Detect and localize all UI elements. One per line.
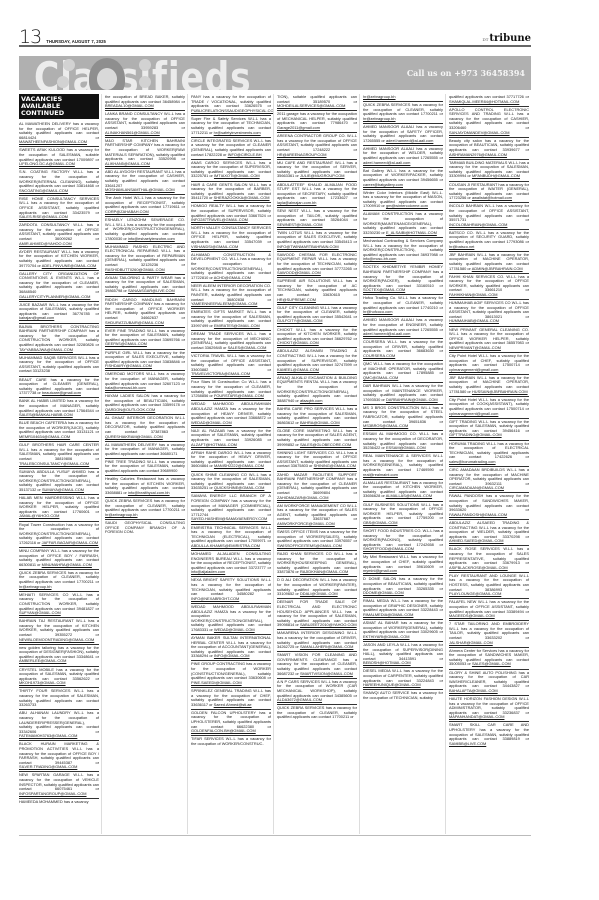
ad-contact-link[interactable]: MAWATHEENFASHION@GMAIL.COM	[19, 139, 87, 144]
ad-contact-link[interactable]: JAFFAR.BAGAIR@GMAIL.COM	[42, 540, 98, 545]
ad-contact-link[interactable]: DDALI@GMAIL.COM	[300, 591, 338, 596]
ad-text: AM WORKFORCE MANAGEMENT CO W.L.L has a v…	[277, 503, 357, 522]
ad-text: ABDULATTEEF KHALID ALMAJAN FOOD STUFF ES…	[277, 182, 357, 201]
ad-contact-link[interactable]: BEBOSH@HOTMAIL.COM	[363, 660, 411, 665]
ad-contact-link[interactable]: HUMMAIHAB@GMAIL.COM	[449, 318, 499, 323]
classified-ad: AFRAH RAHE DARGO W.L.L has a vacancy for…	[191, 450, 271, 472]
ad-text: RIDGH CARGO HANDLING BAHRAINI PARTNERSHI…	[105, 297, 185, 320]
ad-contact-link[interactable]: HR@SUPREME.COM	[277, 297, 316, 302]
ad-contact-link[interactable]: YAMEENNEERALEEM@GMAIL.COM	[191, 301, 257, 306]
ad-text: VICTORIA TRAVEL W.L.L has a vacancy for …	[191, 353, 271, 372]
classified-ad: SWISS OFFICE ITEMS has a vacancy for the…	[277, 529, 357, 551]
ad-contact-link[interactable]: ABDULLA.KHAMIS@EMIRISTRA.COM	[191, 543, 260, 548]
ad-contact-link[interactable]: gm@wintercolorme.com	[386, 203, 428, 208]
classified-ad: CHICKIT W.L.L has a vacancy for the occu…	[277, 327, 357, 349]
ad-contact-link[interactable]: cplmanagement@gmail.com	[449, 411, 498, 416]
ad-contact-link[interactable]: ACHD@GMAIL.COM	[214, 275, 251, 280]
classified-ad: MOHAMED ALJALADEN CONSULTING ENGINEERS B…	[191, 551, 271, 577]
operator-illustration	[89, 58, 125, 90]
ad-contact-link[interactable]: SALES@GLOBECORE.COM	[300, 442, 351, 447]
ad-contact-link[interactable]: INFO287TRAVEL@GMAIL.COM	[191, 217, 248, 222]
ad-text: ZAHID MAZAR FACILITIES SUPPORT BAHRAINI …	[277, 472, 357, 495]
classified-ad: HUMMAIHAB AGIF SERVICES CO W.L.L has a v…	[449, 300, 529, 326]
classified-ad: 2011 garage has a vacancy for the occupa…	[277, 111, 357, 133]
ad-contact-link[interactable]: MOHDEILALSERVICES@GMAIL.COM	[277, 103, 345, 108]
classified-ad: JASON AND LEYLA W.L.L has a vacancy for …	[363, 642, 443, 668]
classified-ad: EVER FINE TRADING W.L.L has a vacancy fo…	[105, 328, 185, 350]
ad-contact-link[interactable]: BREADAL10@GMAIL.COM	[105, 103, 154, 108]
globe-icon	[139, 76, 151, 88]
ad-text: ABD AL AYDOSH RESTAURANT W.L.L has a vac…	[105, 169, 185, 188]
ad-contact-link[interactable]: GIFTTRADING@GMAIL.COM	[449, 432, 502, 437]
ad-contact-link[interactable]: real@realmaint.com	[363, 472, 398, 477]
ad-text: HUMMAIHAB AGIF SERVICES CO W.L.L has a v…	[449, 300, 529, 319]
ad-text: JASON AND LEYLA W.L.L has a vacancy for …	[363, 642, 443, 661]
ad-contact-link[interactable]: MEMR104634@GMAIL.COM	[19, 434, 70, 439]
ad-text: MOHAMED ALJALADEN CONSULTING ENGINEERS B…	[191, 551, 271, 570]
classified-ad: OMEROAD MOTORS W.L.L has a vacancy for t…	[105, 371, 185, 393]
ad-text: PURPLE GIRL W.L.L has a vacancy for the …	[105, 350, 185, 364]
ad-contact-link[interactable]: FAWALPANDOSH@GMAIL.COM	[449, 512, 507, 517]
ad-contact-link[interactable]: SEWNEST@GMAIL.COM	[277, 222, 322, 227]
ad-contact-link[interactable]: SMARTVISION@GMAIL.COM	[300, 671, 353, 676]
classified-ad: S.N. COATING FACTORY W.L.L has a vacancy…	[19, 169, 99, 195]
ad-contact-link[interactable]: HAREEHUNIQUE@GMAIL.COM	[363, 682, 421, 687]
ad-text: Hofco Trading Co. W.L.L has a vacancy fo…	[363, 295, 443, 309]
classified-ad: AHMED MANSOOR ALAALI has a vacancy for t…	[363, 317, 443, 339]
ad-contact-link[interactable]: QARDON@OUTLOOK.COM	[105, 407, 155, 412]
ad-contact-link[interactable]: GALLERYCITYPLANNER@GMAIL.COM	[19, 294, 90, 299]
classified-ad: SPRINKLEZ GENERAL TRADING W.L.L has a va…	[191, 688, 271, 710]
ad-contact-link[interactable]: ALMALLAS@GMAIL.COM	[386, 493, 432, 498]
ad-contact-link[interactable]: hala@omeroad-bh.com	[105, 385, 146, 390]
classified-ad: HAMEEDA MOHAMMED has a vacancy	[19, 799, 99, 806]
ad-text: The Arch Hotel W.L.L has a vacancy for t…	[105, 195, 185, 209]
ad-contact-link[interactable]: Garage2011@gmail.com	[277, 125, 320, 130]
classified-ad: MINU COMPANY W.L.L has a vacancy for the…	[19, 548, 99, 570]
ad-text: My Mini Restaurant W.L.L has a vacancy f…	[363, 554, 443, 568]
ad-text: BANK AL HABIB LIMITED has a vacancy for …	[19, 398, 99, 412]
ad-contact-link[interactable]: SALES@BANKALHABIB.COM	[19, 412, 73, 417]
classified-ad: PINE GROUP CONTRACTING has a vacancy for…	[191, 661, 271, 687]
ad-text: the occupation of BREAD BAKER, suitably …	[105, 94, 185, 104]
ad-text: MS 3 BROS CONSTRUCTION W.L.L has a vacan…	[363, 405, 443, 424]
ad-contact-link[interactable]: INCOLOBAHRAIN@GMAIL.COM	[449, 222, 507, 227]
ad-contact-link[interactable]: SANAASGAR@LIVE.COM	[128, 288, 175, 293]
ad-contact-link[interactable]: ALDA3672@GMAIL.COM	[277, 697, 322, 702]
ad-contact-link[interactable]: QUICKSHINE@GMAIL.COM	[214, 485, 264, 490]
classified-ad: CIRC AMADAAN BRDIBUILDS W.L.L has a vaca…	[449, 467, 529, 493]
ad-text: EMIRISTRA TECHNICAL SERVICES W.L.L has a…	[191, 525, 271, 544]
ad-text: DIESEL MEDIA W.L.L has a vacancy for the…	[363, 668, 443, 682]
ad-text: SEW NEST W.L.L has a vacancy for the occ…	[277, 208, 357, 222]
ad-contact-link[interactable]: INFO@TWINMARTBAHRAIN.COM	[277, 244, 339, 249]
ad-text: HOMIGO REALTY W.L.L has a vacancy for th…	[191, 203, 271, 217]
ad-contact-link[interactable]: sales@horumatrading.com	[449, 459, 496, 464]
classified-ad: hr@zebragroup.bh	[363, 94, 443, 102]
classified-ad: ABD AL AYDOSH RESTAURANT W.L.L has a vac…	[105, 169, 185, 195]
ad-text: AL GHAAT INTERIOR DECORATION W.L.L has a…	[105, 415, 185, 434]
ad-contact-link[interactable]: AISHRAMAN2976@GMAIL.COM	[449, 152, 507, 157]
ad-text: City Point Hotel W.L.L has a vacancy for…	[449, 353, 529, 367]
column-4: TION), suitable qualified applicants can…	[277, 94, 360, 834]
classified-ad: AL GHAAT INTERIOR DECORATION W.L.L has a…	[105, 415, 185, 441]
ad-contact-link[interactable]: MFANBUDH@GMAIL.COM	[472, 173, 520, 178]
ad-text: SAMAYA ENERGY LLC BRANCH OF A FOREIGN CO…	[191, 493, 271, 516]
ad-contact-link[interactable]: FATEMAM0H3763@GMAIL.COM	[19, 733, 77, 738]
classified-ad: The Arch Hotel W.L.L has a vacancy for t…	[105, 195, 185, 217]
classified-ad: new golden tailoring has a vacancy for t…	[19, 645, 99, 667]
ad-contact-link[interactable]: WEDAD@GMAIL.COM	[214, 627, 255, 632]
ad-text: QMC W.L.L has a vacancy for the occupati…	[363, 361, 443, 375]
ad-contact-link[interactable]: GULFCITY@GMAIL.COM	[277, 318, 322, 323]
classified-ad: AL MAWATHEEN DELIVERY has a vacancy for …	[19, 121, 99, 147]
ad-contact-link[interactable]: ALIKHAN5@GMAIL.COM	[105, 161, 150, 166]
column-1: VACANCIES AVAILABLE CONTINUED AL MAWATHE…	[19, 94, 102, 834]
classified-ad: MS 3 BROS CONSTRUCTION W.L.L has a vacan…	[363, 405, 443, 431]
classified-ad: BEAUT CARE has a vacancy for the occupat…	[19, 377, 99, 399]
ad-contact-link[interactable]: hr@zebragroup.bh	[105, 512, 138, 517]
ad-contact-link[interactable]: LIFELONG.DC.A@GMAIL.COM	[19, 161, 75, 166]
ad-text: Bat Gallery W.L.L has a vacancy for the …	[363, 168, 443, 182]
ad-contact-link[interactable]: AMIR.AHMED@YAHOO.COM	[19, 241, 72, 246]
ad-contact-link[interactable]: AMBERLEE@GMAIL.COM	[19, 658, 66, 663]
ad-contact-link[interactable]: CHICKIT@GMAIL.COM	[277, 340, 319, 345]
ad-contact-link[interactable]: JAMAL@YAHOO.COM	[19, 513, 59, 518]
ad-contact-link[interactable]: SHINING@GMAIL.COM	[314, 463, 356, 468]
ad-contact-link[interactable]: mymini@gmail.com	[363, 568, 397, 573]
phone-icon	[57, 76, 69, 88]
ad-contact-link[interactable]: RIMALMEDIA@GMAIL.COM	[363, 612, 413, 617]
ad-contact-link[interactable]: WEDAD@GMAIL.COM	[191, 420, 232, 425]
ad-contact-link[interactable]: NEWPRIVANT@GMAIL.COM	[449, 345, 501, 350]
classified-ad: DAR BAHRAIN W.L.L has a vacancy for the …	[363, 383, 443, 405]
classified-ad: 7 STAR TAILORING AND EMBROIDERY W.L.L ha…	[449, 621, 529, 647]
classified-ad: D D ALI DECORATION W.L.L has a vacancy f…	[277, 577, 357, 599]
ad-contact-link[interactable]: SOCTEX@GMAIL.COM	[363, 287, 405, 292]
ad-text: ZARDOTA CONSULTANCY W.L.L has a vacancy …	[19, 222, 99, 241]
ad-text: FAWAL PANDOSH has a vacancy for the occu…	[449, 493, 529, 512]
ad-contact-link[interactable]: hr@zebragroup.bh	[363, 94, 396, 99]
ad-contact-link[interactable]: SILVER.TRADING@GMAIL.COM	[19, 764, 77, 769]
classified-ad: the occupation of BREAD BAKER, suitably …	[105, 94, 185, 111]
classified-ad: BATSCO CO. W.L.L has a vacancy for the o…	[449, 230, 529, 252]
ad-contact-link[interactable]: MOSHAMLANSAMTHAL@GMAIL.COM	[105, 187, 175, 192]
classified-ad: SUPREME AIR SOLUTIONS W.L.L has a vacanc…	[277, 278, 357, 304]
ad-contact-link[interactable]: BAHALAFTA@GMAIL.COM	[449, 688, 498, 693]
classified-ad: BLACK HURAIN MARKETING & PROMOTION ACTIV…	[19, 741, 99, 772]
ad-contact-link[interactable]: ADMIN@JBFBAHRAIN.COM	[472, 266, 523, 271]
ad-text: APOLLO CONTROL ELECTRONIC SERVICES AND T…	[449, 107, 529, 130]
classified-ad: Hofco Trading Co. W.L.L has a vacancy fo…	[363, 295, 443, 317]
ad-contact-link[interactable]: hr@zebragroup.bh	[19, 584, 52, 589]
classified-ad: City Point Hotel W.L.L has a vacancy for…	[449, 353, 529, 375]
ad-text: PANY has a vacancy for the occupation of…	[191, 94, 271, 108]
classified-ad: ZARDOTA CONSULTANCY W.L.L has a vacancy …	[19, 222, 99, 248]
ad-contact-link[interactable]: info@mcsc-bh.com	[363, 256, 396, 261]
ad-contact-link[interactable]: PUBLICRELATIONSSAUDIGEOPHYSICAL.COM	[191, 108, 274, 113]
ad-text: GULF BUSINESS SOLUTIONS W.L.L has a vaca…	[363, 502, 443, 521]
ad-contact-link[interactable]: DDOME@GMAIL.COM	[363, 590, 404, 595]
page-number: 13	[19, 28, 41, 46]
classified-ad: AYAAN TAILORING & PARTY WEAR has a vacan…	[105, 275, 185, 297]
ad-contact-link[interactable]: DARBAHRAIN@GMAIL.COM	[386, 397, 438, 402]
ad-text: HAMEEDA MOHAMMED has a vacancy	[19, 799, 89, 804]
ad-contact-link[interactable]: ALINAKHAN561@GMAIL.COM	[105, 130, 160, 135]
classified-ad: SOCTEX KHIDMETIYE YENIBIR HOMEY BAHRAINI…	[363, 264, 443, 295]
classified-ad: QUICK ZEBRA SERVICES has a vacancy for t…	[105, 498, 185, 520]
ad-contact-link[interactable]: GBS@GMAIL.COM	[363, 520, 397, 525]
ad-contact-link[interactable]: hr@batsco.net	[449, 244, 474, 249]
banner-phone: Call us on +973 36458394	[407, 68, 525, 78]
ad-contact-link[interactable]: SAMALLAHERI@GMAIL.COM	[300, 644, 353, 649]
ad-contact-link[interactable]: SALES@GMAIL.COM	[228, 345, 267, 350]
classified-ad: qualified applicants can contact 3771772…	[449, 94, 529, 107]
ad-text: REAL MAINTENANCE & SERVICES W.L.L has a …	[363, 453, 443, 472]
classified-ad: QMC W.L.L has a vacancy for the occupati…	[363, 361, 443, 383]
ad-contact-link[interactable]: VISHANDSI@GMAIL.COM	[191, 244, 238, 249]
ad-text: NEW SPARTAN GARAGE W.L.L has a vacancy f…	[19, 772, 99, 791]
ad-contact-link[interactable]: CIRCAMADAAN@GMAIL.COM	[449, 485, 504, 490]
ad-text: MUHAMMAD SAQIB SERVICES W.L.L has a vaca…	[19, 355, 99, 374]
ad-contact-link[interactable]: HUSSAIN@JBFBAHRAIN.COM	[472, 389, 528, 394]
ad-contact-link[interactable]: adeel.hameed@al-aali.com	[363, 160, 410, 165]
classified-ad: MEHAITI SERVICES CO W.L.L has a vacancy …	[19, 592, 99, 618]
ad-text: AL MAWATHEEN DELIVERY has a vacancy for …	[105, 442, 185, 456]
classified-ad: GALLERY CITY ORGANIZATION OF CONVENTIONS…	[19, 271, 99, 302]
ad-contact-link[interactable]: Saeed.Ahmed@sti.ae	[214, 702, 252, 707]
classified-ad: ALHAMAD CONSTRUCTION & DEVELOPMENT CO. W…	[191, 252, 271, 283]
ad-contact-link[interactable]: SHAMIQLAL.MEER84@HOTMAIL.COM	[449, 99, 519, 104]
ad-text: GLORY & SHINE AUTO POLISHING has a vacan…	[449, 670, 529, 689]
classified-ad: HALAB MEN HAIRDRESSING W.L.L has a vacan…	[19, 495, 99, 521]
ad-text: NEER ALEEM INTERIOR DECORATION CO. W.L.L…	[191, 283, 271, 302]
ad-text: AHMED MANSOOR ALAALI has a vacancy for t…	[363, 317, 443, 331]
ad-text: COURSERA W.L.L has a vacancy for the occ…	[363, 339, 443, 353]
ad-text: GIFT TRADING W.L.L has a vacancy for the…	[449, 419, 529, 433]
classified-ad: BANK AL HABIB LIMITED has a vacancy for …	[19, 398, 99, 420]
ad-text: CIRC AMADAAN BRDIBUILDS W.L.L has a vaca…	[449, 467, 529, 486]
ad-contact-link[interactable]: CORP@ZAHABAH.COM	[105, 209, 149, 214]
ad-contact-link[interactable]: info@aljaladen.com	[191, 569, 225, 574]
ad-contact-link[interactable]: INFO@GMAIL.COM	[214, 653, 250, 658]
ad-contact-link[interactable]: TRAVELVICTORIA@GMAIL.COM	[191, 371, 250, 376]
ad-contact-link[interactable]: TAYYABBAJWA@GMAIL.COM	[19, 347, 73, 352]
classified-ad: QUICK SHINE CLEANING CO W.L.L has a vaca…	[191, 472, 271, 494]
ad-contact-link[interactable]: FOURSTARS@GMAIL.COM	[214, 393, 264, 398]
classified-ad: Bat Gallery W.L.L has a vacancy for the …	[363, 168, 443, 190]
ad-contact-link[interactable]: E_ALSAIBI@HOTMAIL.COM	[386, 230, 437, 235]
ad-contact-link[interactable]: SWISSOFFICEITEMS@GMAIL.COM	[277, 543, 342, 548]
ad-text: HORUMA TRADING W.L.L has a vacancy for t…	[449, 441, 529, 460]
footer-divider	[19, 835, 531, 836]
ad-contact-link[interactable]: SUMAYA@GMAIL.COM	[42, 487, 84, 492]
ad-contact-link[interactable]: AHMED.SAEED@GMAIL.COM	[449, 538, 504, 543]
ad-contact-link[interactable]: cplmanagement@gmail.com	[449, 367, 498, 372]
publication-logo[interactable]: DT tribune	[483, 33, 531, 44]
ad-contact-link[interactable]: GOLDENFALCON.BH@GMAIL.COM	[191, 728, 256, 733]
ad-text: LANKA BRAND CONSULTANCY W.L.L has a vaca…	[105, 111, 185, 130]
ad-contact-link[interactable]: HR@AREENAGROUP.COM	[277, 152, 327, 157]
ad-contact-link[interactable]: ASIFBLACKROSE@GMAIL.COM	[449, 565, 508, 570]
ad-text: CRYSTEL MOBILE has a vacancy for the occ…	[19, 667, 99, 681]
ad-contact-link[interactable]: EKTHIYARI@GMAIL.COM	[363, 634, 409, 639]
ad-contact-link[interactable]: SAMIBB@LIVE.COM	[449, 741, 486, 746]
ad-contact-link[interactable]: SUFYAN@GMAIL.COM	[19, 610, 61, 615]
ad-contact-link[interactable]: ESSAM@GMAIL.COM	[386, 445, 426, 450]
classified-ad: HAUTE HORIZON FASHION DESIGN W.L.L has a…	[449, 696, 529, 722]
ad-contact-link[interactable]: SALES@GMAIL.COM	[472, 661, 511, 666]
classified-ad: INCOLO BAHRAIN W.L.L has a vacancy for t…	[449, 203, 529, 229]
ad-contact-link[interactable]: BAHRA@GMAIL.COM	[300, 420, 340, 425]
ad-contact-link[interactable]: NEWBLOEMOONTRADING@GMAIL.COM	[19, 637, 94, 642]
classified-ad: ALAMAM CONSTRUCTION has a vacancy for th…	[363, 211, 443, 237]
ad-contact-link[interactable]: KAMEEL@GMAIL.COM	[277, 367, 319, 372]
ad-contact-link[interactable]: FAHHIKHAN@GMAIL.COM	[449, 292, 497, 297]
classified-ad: SHORT FOOD INDUSTRIES CO. W.L.L has a va…	[363, 528, 443, 554]
logo-prefix: DT	[483, 37, 489, 42]
ad-contact-link[interactable]: hr@safetyinvestments.com	[214, 130, 261, 135]
ad-contact-link[interactable]: MKOH1973@GMAIL.COM	[19, 680, 66, 685]
ad-contact-link[interactable]: MAPANHANDAT@GMAIL.COM	[449, 714, 504, 719]
ad-text: 7 STAR TAILORING AND EMBROIDERY W.L.L ha…	[449, 621, 529, 640]
classified-ad: DEENAR FOR TRADE SALE OF ELECTRICAL AND …	[277, 599, 357, 630]
classified-ad: PURPLE GIRL W.L.L has a vacancy for the …	[105, 350, 185, 372]
ad-contact-link[interactable]: hr@hofcoco.com	[363, 309, 392, 314]
classified-ad: TIFAR SERVICES W.L.L has a vacancy for t…	[191, 736, 271, 748]
ad-contact-link[interactable]: MS3BROS@GMAIL.COM	[363, 423, 408, 428]
ad-contact-link[interactable]: SAWOOD@GMAIL.COM	[277, 270, 321, 275]
classified-ad: Four Stars M Construction Co W.L.L has a…	[191, 379, 271, 401]
classified-ad: ABU ALHANAN LAUNDRY W.L.L has a vacancy …	[19, 710, 99, 741]
classified-ad: BLACK ROSE SERVICES W.L.L has a vacancy …	[449, 546, 529, 572]
ad-contact-link[interactable]: ZAHIDMAZAR@GMAIL.COM	[277, 495, 329, 500]
classified-ad: SHINING LIGHT SERVICES CO. W.L.L has a v…	[277, 450, 357, 472]
ad-contact-link[interactable]: hr@zebragroup.bh	[363, 116, 396, 121]
ad-contact-link[interactable]: PINE.SAEEDI@GMAIL.COM	[191, 680, 242, 685]
ad-text: QUICK ZEBRA SERVICES has a vacancy for t…	[277, 705, 357, 719]
ad-text: QUICK ZEBRA SERVICES has a vacancy for t…	[363, 102, 443, 116]
ad-contact-link[interactable]: adeel.hameed@al-aali.com	[386, 138, 433, 143]
classified-ad: RIDGH CARGO HANDLING BAHRAINI PARTNERSHI…	[105, 297, 185, 328]
ad-contact-link[interactable]: JALSHAR@GMAIL.COM	[449, 640, 493, 645]
classified-ad: SAMAYA ENERGY LLC BRANCH OF A FOREIGN CO…	[191, 493, 271, 524]
ad-contact-link[interactable]: afaaqbh.com	[300, 398, 323, 403]
ad-contact-link[interactable]: layla@almajan.com.bh	[277, 200, 316, 205]
ad-contact-link[interactable]: MAGEEDS@GMAIL.COM	[449, 613, 495, 618]
classified-ad: ABDULAZIZ ALSHAIBI TRADING & CONTRACTING…	[277, 348, 357, 374]
ad-text: NORTH VALLEY CONSULTANCY SERVICES W.L.L …	[191, 225, 271, 244]
ad-text: BAHRAIN TAJ RESTAURANT W.L.L has a vacan…	[19, 618, 99, 637]
ad-contact-link[interactable]: ALZAFT@HOTMAIL.COM	[191, 442, 237, 447]
ad-contact-link[interactable]: QMC@GMAIL.COM	[363, 375, 398, 380]
ad-contact-link[interactable]: INFOSPARTANGROUP@GMAIL.COM	[19, 791, 87, 796]
ad-contact-link[interactable]: GEEPAS@GMAIL.COM	[105, 341, 147, 346]
ad-contact-link[interactable]: AMWORKFORCE@GMAIL.COM	[277, 521, 335, 526]
ad-text: BLUE BEACH CAFETERIA has a vacancy for t…	[19, 420, 99, 434]
ad-contact-link[interactable]: IMTIAXOTI@GMAIL.COM	[214, 173, 260, 178]
classified-ad: WEDAD MAHMOOD ABDULRAHMAN ABDULAZIZ HAMZ…	[191, 604, 271, 635]
ad-contact-link[interactable]: INFO@CIRCLE.BH	[228, 152, 262, 157]
classified-ad: GIFT TRADING W.L.L has a vacancy for the…	[449, 419, 529, 441]
classified-ad: AFAAQ ALKALIJ EXCAVATION & BUILDING EQUI…	[277, 375, 357, 406]
classified-ad: THIRTY FOUR SERVICES W.L.L has a vacancy…	[19, 688, 99, 710]
ad-text: SAUDI GEOPHYSICAL CONSULTING OFFICE COMP…	[105, 520, 185, 534]
ad-contact-link[interactable]: MINUMAHRA@GMAIL.COM	[42, 562, 92, 567]
section-title: VACANCIES AVAILABLE CONTINUED	[19, 94, 99, 119]
ad-contact-link[interactable]: ADEL.FINVUNE@GMAIL.COM	[42, 263, 97, 268]
classified-ad: CRYSTEL MOBILE has a vacancy for the occ…	[19, 667, 99, 689]
ad-contact-link[interactable]: awalistat@hotmail.com	[472, 195, 512, 200]
ad-contact-link[interactable]: info@eshaelylenzohm.com	[128, 236, 175, 241]
ad-text: PINE TREE TRADING W.L.L has a vacancy fo…	[105, 459, 185, 473]
ad-contact-link[interactable]: kairajan@gmail.com	[19, 315, 54, 320]
column-6: qualified applicants can contact 3771772…	[449, 94, 531, 834]
ad-contact-link[interactable]: EMIRATES@GMAIL.COM	[214, 323, 260, 328]
ad-contact-link[interactable]: SHERAZOOKKA@GMAIL.COM	[214, 195, 270, 200]
ad-contact-link[interactable]: MANISH2222@GMAIL.COM	[214, 463, 264, 468]
ad-contact-link[interactable]: SABUJEET2010@YAHOO.COM	[300, 622, 357, 627]
ad-contact-link[interactable]: SALES.RISE@GMAIL.COM	[19, 214, 68, 219]
ad-contact-link[interactable]: SNCOATING@GMAIL.COM	[19, 188, 68, 193]
ad-text: MEHAITI SERVICES CO W.L.L has a vacancy …	[19, 592, 99, 611]
classified-ad: ASMAT AL BAHAR has a vacancy for the occ…	[363, 620, 443, 642]
classified-ad: A N P CARS SERVICES W.L.L has a vacancy …	[277, 679, 357, 705]
ad-contact-link[interactable]: info@healthycal.com.bh	[128, 490, 170, 495]
ad-contact-link[interactable]: QURESHIAKRAM@GMAIL.COM	[105, 434, 163, 439]
ad-contact-link[interactable]: SANJAYDMANDEV@GMAIL.COM	[449, 130, 510, 135]
ad-text: QUICK ZEBRA SERVICES has a vacancy for t…	[19, 570, 99, 584]
ad-contact-link[interactable]: SAYED.HASHEM@SAMAYAENERGY.COM	[191, 516, 267, 521]
ad-contact-link[interactable]: JULIE@MUGROUP.COM	[300, 173, 345, 178]
ad-text: ABDULAZIZ ALSAEED TRADING & CONTRACTING …	[449, 520, 529, 539]
ad-contact-link[interactable]: INFO@NEXABRIGHT.COM	[191, 596, 239, 601]
ad-text: SWISS OFFICE ITEMS has a vacancy for the…	[277, 529, 357, 543]
ad-text: AREENA CONTRACTOR GROUP CO. W.L.L has a …	[277, 133, 357, 152]
ad-contact-link[interactable]: career@batgallery.com	[363, 182, 403, 187]
ad-contact-link[interactable]: COURSERA.COM	[363, 353, 395, 358]
header-divider	[19, 45, 531, 47]
ad-contact-link[interactable]: adeel.hameed@al-aali.com	[363, 331, 410, 336]
ad-contact-link[interactable]: beautcare@gmail.com	[42, 390, 81, 395]
classified-ad: NEW PRIVANT GENERAL CLEANING CO. W.L.L h…	[449, 327, 529, 353]
classified-ad: BAHRA CARE PRO SERVICES W.L.L has a vaca…	[277, 406, 357, 428]
ad-text: A N P CARS SERVICES W.L.L has a vacancy …	[277, 679, 357, 698]
classified-ad: HAYAM LADIES SALON has a vacancy for the…	[105, 393, 185, 415]
ad-contact-link[interactable]: TRALEBCONSULTANCY@GMAIL.COM	[19, 461, 89, 466]
classified-ad: GLORY & SHINE AUTO POLISHING has a vacan…	[449, 670, 529, 696]
ad-text: SAWOOD CHESMA FOR ELECTRONIC EQUIPMENT R…	[277, 252, 357, 271]
classified-ad: BAHRAIN TAJ RESTAURANT W.L.L has a vacan…	[19, 618, 99, 644]
ad-text: new golden tailoring has a vacancy for t…	[19, 645, 99, 659]
classified-ad: TARMAB BUILDING MATERIALS W.L.L has a va…	[449, 160, 529, 182]
ad-contact-link[interactable]: SHORTFOOD@GMAIL.COM	[363, 546, 414, 551]
classified-ad: SMART SKILL CAR CARE AND UPHOLSTERY has …	[449, 722, 529, 747]
ad-contact-link[interactable]: RASHIDBUTT0260@GMAIL.COM	[105, 267, 165, 272]
ad-text: ABU ALHANAN LAUNDRY W.L.L has a vacancy …	[19, 710, 99, 733]
ad-contact-link[interactable]: PLAYLOUNGE@GMAIL.COM	[449, 591, 501, 596]
classified-ad: Ahmera Center for Services has a vacancy…	[449, 648, 529, 670]
ad-contact-link[interactable]: FISHDAIRY@GMAIL.COM	[105, 363, 152, 368]
ad-contact-link[interactable]: SHDURATZUBAIR@GMAIL.COM	[105, 320, 164, 325]
ad-contact-link[interactable]: RAJIDKHAN@GMAIL.COM	[300, 569, 348, 574]
classified-ad: LANKA BRAND CONSULTANCY W.L.L has a vaca…	[105, 111, 185, 137]
classified-ad: Mechanical Contracting & Services Compan…	[363, 238, 443, 264]
classified-ad: MAKARENA INTERIOR DESIGNING W.L.L has a …	[277, 630, 357, 652]
ad-text: OMEROAD MOTORS W.L.L has a vacancy for t…	[105, 371, 185, 385]
classified-ad: CIRCLE INTEGRATED SERVICES W.L.L has a v…	[191, 138, 271, 160]
classified-ad: REAL MAINTENANCE & SERVICES W.L.L has a …	[363, 453, 443, 479]
